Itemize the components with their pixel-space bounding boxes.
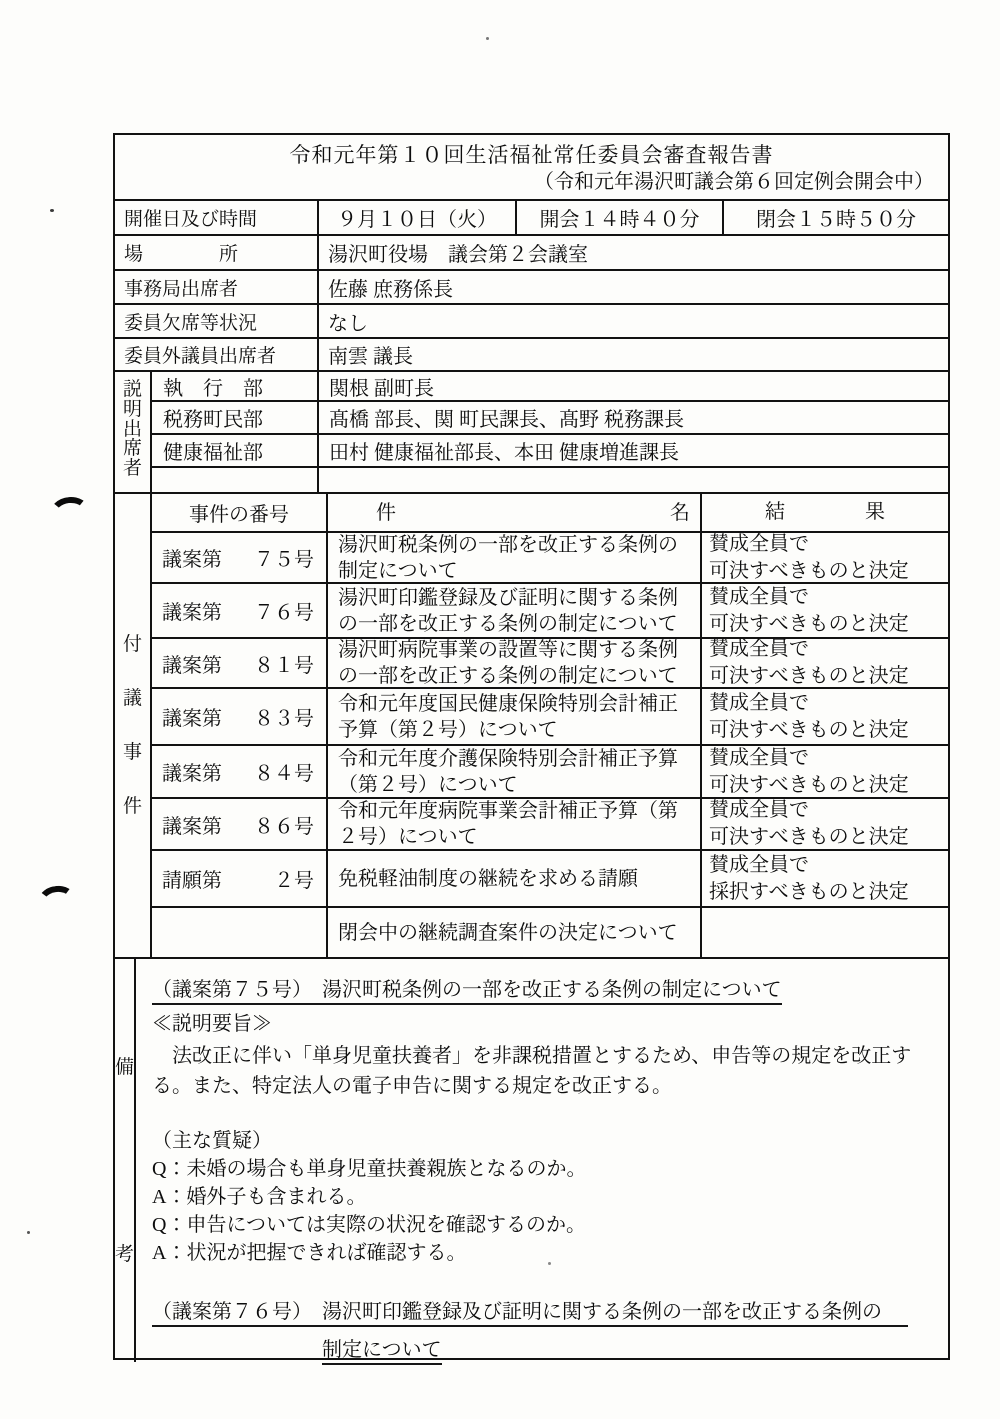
label-absence: 委員欠席等状況 xyxy=(115,305,319,337)
case-number-value: ８１号 xyxy=(254,649,314,678)
case-number: 議案第 ８６号 xyxy=(152,799,328,849)
vertical-label-explainers: 説明出席者 xyxy=(115,372,152,492)
report-subtitle: （令和元年湯沢町議会第６回定例会開会中） xyxy=(115,169,948,196)
case-number: 議案第 ７６号 xyxy=(152,584,328,637)
case-number: 議案第 ８３号 xyxy=(152,689,328,744)
label-nonmember: 委員外議員出席者 xyxy=(115,339,319,370)
remarks-heading-75: （議案第７５号） 湯沢町税条例の一部を改正する条例の制定について xyxy=(152,977,938,1007)
case-number: 議案第 ８４号 xyxy=(152,746,328,797)
qa-line: Q：申告については実際の状況を確認するのか。 xyxy=(152,1211,938,1239)
row-secretariat: 事務局出席者 佐藤 庶務係長 xyxy=(115,269,948,303)
value-place: 湯沢町役場 議会第２会議室 xyxy=(319,236,948,269)
agenda-row-continued-review: 閉会中の継続調査案件の決定について xyxy=(152,906,948,957)
case-number-value: ８３号 xyxy=(254,702,314,731)
report-title: 令和元年第１０回生活福祉常任委員会審査報告書 xyxy=(115,142,948,169)
case-name: 令和元年度国民健康保険特別会計補正予算（第２号）について xyxy=(328,689,702,744)
case-number-prefix: 議案第 xyxy=(162,757,222,786)
explainers-body: 執 行 部 関根 副町長 税務町民部 髙橋 部長、関 町民課長、髙野 税務課長 … xyxy=(152,372,948,492)
case-name: 令和元年度病院事業会計補正予算（第２号）について xyxy=(328,799,702,849)
qa-line: A：状況が把握できれば確認する。 xyxy=(152,1239,938,1267)
case-result: 賛成全員で可決すべきものと決定 xyxy=(702,639,948,687)
case-number-value: ２号 xyxy=(274,864,314,893)
section-explainers: 説明出席者 執 行 部 関根 副町長 税務町民部 髙橋 部長、関 町民課長、髙野… xyxy=(115,370,948,492)
report-table: 令和元年第１０回生活福祉常任委員会審査報告書 （令和元年湯沢町議会第６回定例会開… xyxy=(113,133,950,1360)
case-result: 賛成全員で可決すべきものと決定 xyxy=(702,689,948,744)
case-name: 湯沢町病院事業の設置等に関する条例の一部を改正する条例の制定について xyxy=(328,639,702,687)
agenda-row-81: 議案第 ８１号 湯沢町病院事業の設置等に関する条例の一部を改正する条例の制定につ… xyxy=(152,637,948,687)
row-place: 場 所 湯沢町役場 議会第２会議室 xyxy=(115,234,948,269)
case-result: 賛成全員で可決すべきものと決定 xyxy=(702,746,948,797)
header-case-number: 事件の番号 xyxy=(152,494,328,531)
agenda-row-86: 議案第 ８６号 令和元年度病院事業会計補正予算（第２号）について 賛成全員で可決… xyxy=(152,797,948,849)
section-remarks: 備考 （議案第７５号） 湯沢町税条例の一部を改正する条例の制定について ≪説明要… xyxy=(115,957,948,1362)
case-result-empty xyxy=(702,908,948,957)
case-number-value: ８６号 xyxy=(254,810,314,839)
case-number-empty xyxy=(152,908,328,957)
remarks-heading-76-line2: 制定について xyxy=(322,1337,938,1363)
case-name: 免税軽油制度の継続を求める請願 xyxy=(328,851,702,906)
explainer-row-empty xyxy=(152,466,948,492)
case-result: 賛成全員で可決すべきものと決定 xyxy=(702,533,948,582)
dept-name: 健康福祉部 xyxy=(152,435,319,466)
explainer-row: 健康福祉部 田村 健康福祉部長、本田 健康増進課長 xyxy=(152,433,948,466)
agenda-body: 事件の番号 件 名 結 果 議案第 ７５号 湯沢町税条例の一部を改正する条例の制… xyxy=(152,494,948,957)
agenda-row-75: 議案第 ７５号 湯沢町税条例の一部を改正する条例の制定について 賛成全員で可決す… xyxy=(152,531,948,582)
case-number-value: ７６号 xyxy=(254,596,314,625)
value-open-time: 開会１４時４０分 xyxy=(517,201,724,234)
agenda-row-84: 議案第 ８４号 令和元年度介護保険特別会計補正予算（第２号）について 賛成全員で… xyxy=(152,744,948,797)
label-datetime: 開催日及び時間 xyxy=(115,201,319,234)
dept-name xyxy=(152,468,319,492)
summary-label: ≪説明要旨≫ xyxy=(152,1011,938,1037)
title-block: 令和元年第１０回生活福祉常任委員会審査報告書 （令和元年湯沢町議会第６回定例会開… xyxy=(115,135,948,199)
header-result: 結 果 xyxy=(702,494,948,531)
dept-name: 税務町民部 xyxy=(152,402,319,433)
case-number-value: ８４号 xyxy=(254,757,314,786)
remarks-body: （議案第７５号） 湯沢町税条例の一部を改正する条例の制定について ≪説明要旨≫ … xyxy=(136,959,952,1362)
value-absence: なし xyxy=(319,305,948,337)
header-case-name-right: 名 xyxy=(670,500,690,526)
scan-speck xyxy=(27,1231,30,1234)
label-place: 場 所 xyxy=(115,236,319,269)
punch-hole-mark-bottom xyxy=(36,884,78,919)
row-absence: 委員欠席等状況 なし xyxy=(115,303,948,337)
section-agenda: 付議事件 事件の番号 件 名 結 果 議案第 ７５号 湯沢町税条例の一部を改正 xyxy=(115,492,948,957)
scanned-report-page: 令和元年第１０回生活福祉常任委員会審査報告書 （令和元年湯沢町議会第６回定例会開… xyxy=(0,0,1000,1419)
qa-line: Q：未婚の場合も単身児童扶養親族となるのか。 xyxy=(152,1155,938,1183)
value-close-time: 閉会１５時５０分 xyxy=(724,201,948,234)
case-result: 賛成全員で可決すべきものと決定 xyxy=(702,799,948,849)
dept-members: 関根 副町長 xyxy=(319,372,948,400)
scan-speck xyxy=(486,37,489,40)
case-number-value: ７５号 xyxy=(254,543,314,572)
agenda-header-row: 事件の番号 件 名 結 果 xyxy=(152,494,948,531)
case-number: 議案第 ７５号 xyxy=(152,533,328,582)
case-number: 請願第 ２号 xyxy=(152,851,328,906)
header-case-name-left: 件 xyxy=(376,500,396,526)
case-number: 議案第 ８１号 xyxy=(152,639,328,687)
agenda-row-petition-2: 請願第 ２号 免税軽油制度の継続を求める請願 賛成全員で採択すべきものと決定 xyxy=(152,849,948,906)
punch-hole-mark-top xyxy=(48,495,91,531)
explainer-row: 税務町民部 髙橋 部長、関 町民課長、髙野 税務課長 xyxy=(152,400,948,433)
value-secretariat: 佐藤 庶務係長 xyxy=(319,271,948,303)
agenda-row-83: 議案第 ８３号 令和元年度国民健康保険特別会計補正予算（第２号）について 賛成全… xyxy=(152,687,948,744)
case-result: 賛成全員で可決すべきものと決定 xyxy=(702,584,948,637)
questions-label: （主な質疑） xyxy=(152,1127,938,1155)
case-number-prefix: 議案第 xyxy=(162,543,222,572)
case-name: 湯沢町印鑑登録及び証明に関する条例の一部を改正する条例の制定について xyxy=(328,584,702,637)
header-case-name: 件 名 xyxy=(328,494,702,531)
dept-members: 田村 健康福祉部長、本田 健康増進課長 xyxy=(319,435,948,466)
case-number-prefix: 議案第 xyxy=(162,596,222,625)
case-name: 閉会中の継続調査案件の決定について xyxy=(328,908,702,957)
label-secretariat: 事務局出席者 xyxy=(115,271,319,303)
case-name: 令和元年度介護保険特別会計補正予算（第２号）について xyxy=(328,746,702,797)
value-nonmember: 南雲 議長 xyxy=(319,339,948,370)
explainer-row: 執 行 部 関根 副町長 xyxy=(152,372,948,400)
case-number-prefix: 議案第 xyxy=(162,702,222,731)
dept-members: 髙橋 部長、関 町民課長、髙野 税務課長 xyxy=(319,402,948,433)
scan-speck xyxy=(50,209,54,212)
vertical-label-remarks: 備考 xyxy=(115,959,136,1362)
summary-text: 法改正に伴い「単身児童扶養者」を非課税措置とするため、申告等の規定を改正する。ま… xyxy=(152,1041,938,1101)
case-number-prefix: 請願第 xyxy=(162,864,222,893)
row-nonmember: 委員外議員出席者 南雲 議長 xyxy=(115,337,948,370)
dept-name: 執 行 部 xyxy=(152,372,319,400)
case-number-prefix: 議案第 xyxy=(162,810,222,839)
agenda-row-76: 議案第 ７６号 湯沢町印鑑登録及び証明に関する条例の一部を改正する条例の制定につ… xyxy=(152,582,948,637)
remarks-heading-76: （議案第７６号） 湯沢町印鑑登録及び証明に関する条例の一部を改正する条例の xyxy=(152,1299,938,1329)
case-result: 賛成全員で採択すべきものと決定 xyxy=(702,851,948,906)
case-number-prefix: 議案第 xyxy=(162,649,222,678)
row-datetime: 開催日及び時間 ９月１０日（火） 開会１４時４０分 閉会１５時５０分 xyxy=(115,199,948,234)
qa-line: A：婚外子も含まれる。 xyxy=(152,1183,938,1211)
value-date: ９月１０日（火） xyxy=(319,201,517,234)
vertical-label-agenda: 付議事件 xyxy=(115,494,152,957)
case-name: 湯沢町税条例の一部を改正する条例の制定について xyxy=(328,533,702,582)
dept-members xyxy=(319,468,948,492)
